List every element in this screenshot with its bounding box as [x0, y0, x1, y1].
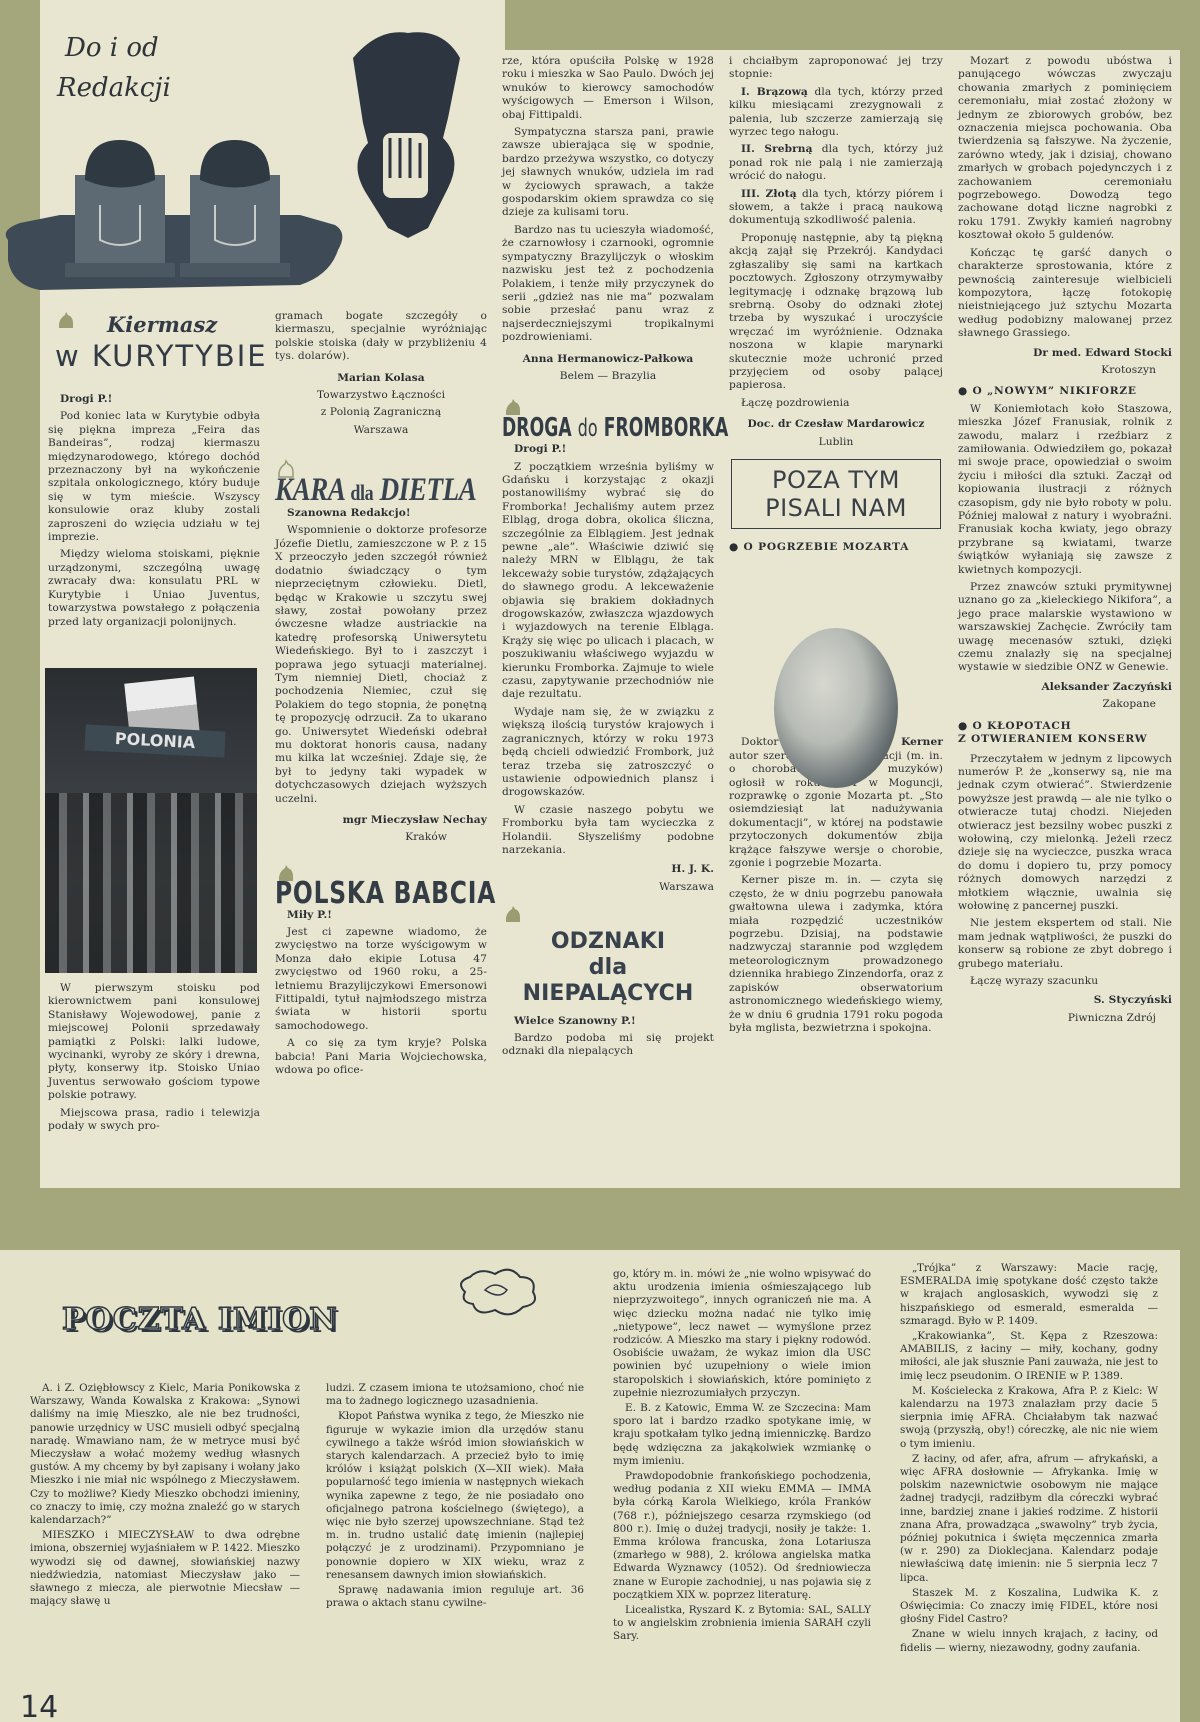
- chess-knight-icon: [55, 310, 77, 330]
- inkwell-illustration: [0, 135, 350, 295]
- odznaki-title-line: dla NIEPALĄCYCH: [502, 955, 714, 1007]
- rose-ornament-icon: [455, 1262, 545, 1322]
- paragraph: Sympatyczna starsza pani, prawie zawsze …: [502, 126, 714, 220]
- hand-ornament-illustration: [348, 28, 463, 243]
- kiermasz-title-script: Kiermasz: [107, 312, 270, 337]
- paragraph: Kerner pisze m. in. — czyta się często, …: [729, 874, 943, 1035]
- paragraph: Proponuję następnie, aby tą piękną akcją…: [729, 232, 943, 393]
- section-title: Do i od Redakcji: [65, 28, 171, 108]
- kara-heading: KARA dla DIETLA: [275, 459, 487, 499]
- kiermasz-article-cont: W pierwszym stoisku pod kierownictwem pa…: [48, 982, 260, 1137]
- paragraph: Bardzo nas tu ucieszyła wiadomość, że cz…: [502, 224, 714, 345]
- paragraph: Mozart z powodu ubóstwa i panującego wów…: [958, 55, 1172, 243]
- paragraph: Kończąc tę garść danych o charakterze sp…: [958, 247, 1172, 341]
- odznaki-title-line: ODZNAKI: [502, 929, 714, 955]
- closing: Łączę pozdrowienia: [729, 397, 943, 410]
- paragraph: „Trójka” z Warszawy: Macie rację, ESMERA…: [900, 1262, 1158, 1328]
- paragraph: Między wieloma stoiskami, pięknie urządz…: [48, 548, 260, 628]
- paragraph: Znane w wielu innych krajach, z łaciny, …: [900, 1628, 1158, 1654]
- polonia-stand-photo: POLONIA: [45, 668, 257, 973]
- crowd: [45, 793, 257, 973]
- paragraph: Licealistka, Ryszard K. z Bytomia: SAL, …: [613, 1604, 871, 1644]
- kiermasz-article: Drogi P.! Pod koniec lata w Kurytybie od…: [48, 385, 260, 633]
- kiermasz-title: w KURYTYBIE: [55, 339, 270, 373]
- paragraph: Przeczytałem w jednym z lipcowych numeró…: [958, 753, 1172, 914]
- paragraph: A co się za tym kryje? Polska babcia! Pa…: [275, 1037, 487, 1077]
- olive-corner: [505, 0, 1180, 50]
- paragraph: A. i Z. Oziębłowscy z Kielc, Maria Ponik…: [30, 1382, 300, 1527]
- paragraph: ludzi. Z czasem imiona te utożsamiono, c…: [326, 1382, 584, 1408]
- signature-name: Dr med. Edward Stocki: [958, 347, 1172, 360]
- odznaki-heading: ODZNAKI dla NIEPALĄCYCH: [502, 904, 714, 1006]
- mozart-portrait: [774, 628, 898, 788]
- babcia-heading: POLSKA BABCIA: [275, 863, 487, 901]
- nikifor-heading: O „NOWYM” NIKIFORZE: [958, 385, 1172, 398]
- kiermasz-heading: Kiermasz w KURYTYBIE: [55, 310, 270, 373]
- poczta-column-3: go, który m. in. mówi że „nie wolno wpis…: [613, 1268, 871, 1646]
- signature-name: S. Styczyński: [958, 994, 1172, 1007]
- paragraph: Prawdopodobnie frankońskiego pochodzenia…: [613, 1470, 871, 1602]
- poczta-column-1: A. i Z. Oziębłowscy z Kielc, Maria Ponik…: [30, 1382, 300, 1610]
- paragraph: Jest ci zapewne wiadomo, że zwycięstwo n…: [275, 926, 487, 1033]
- signature-name: Marian Kolasa: [275, 372, 487, 385]
- signature-city: Lublin: [729, 436, 943, 449]
- paragraph: Sprawę nadawania imion reguluje art. 36 …: [326, 1584, 584, 1610]
- kara-title-word: dla: [350, 480, 373, 505]
- konserwy-heading-line2: Z OTWIERANIEM KONSERW: [958, 733, 1172, 746]
- chess-knight-icon: [502, 904, 524, 924]
- paragraph: go, który m. in. mówi że „nie wolno wpis…: [613, 1268, 871, 1400]
- paragraph: Wydaje nam się, że w związku z większą i…: [502, 706, 714, 800]
- poza-tym-box: POZA TYM PISALI NAM: [731, 459, 941, 529]
- paragraph: M. Kościelecka z Krakowa, Afra P. z Kiel…: [900, 1385, 1158, 1451]
- column-5: Mozart z powodu ubóstwa i panującego wów…: [958, 55, 1172, 1029]
- signature-city: Warszawa: [502, 881, 714, 894]
- kara-title-word: DIETLA: [380, 472, 477, 508]
- droga-title-word: DROGA: [502, 413, 572, 443]
- droga-title-word: FROMBORKA: [604, 413, 729, 443]
- signature-name: H. J. K.: [502, 863, 714, 876]
- badge-level-silver: II. Srebrną dla tych, którzy już ponad r…: [729, 143, 943, 183]
- column-3: rze, która opuściła Polskę w 1928 roku i…: [502, 55, 714, 1063]
- signature-city: Zakopane: [958, 698, 1172, 711]
- badge-label: III. Złotą: [741, 188, 797, 200]
- poczta-imion-title: POCZTA IMION: [62, 1302, 338, 1337]
- konserwy-heading: O KŁOPOTACH: [958, 720, 1172, 733]
- column-2: gramach bogate szczegóły o kiermaszu, sp…: [275, 310, 487, 1082]
- poza-tym-line: POZA TYM: [732, 466, 940, 494]
- paragraph: „Krakowianka”, St. Kępa z Rzeszowa: AMAB…: [900, 1330, 1158, 1383]
- kara-title-word: KARA: [275, 472, 344, 508]
- paragraph: gramach bogate szczegóły o kiermaszu, sp…: [275, 310, 487, 364]
- greeting: Drogi P.!: [60, 393, 260, 406]
- poczta-column-2: ludzi. Z czasem imiona te utożsamiono, c…: [326, 1382, 584, 1612]
- paragraph: W pierwszym stoisku pod kierownictwem pa…: [48, 982, 260, 1103]
- paragraph: i chciałbym zaproponować jej trzy stopni…: [729, 55, 943, 82]
- mozart-heading: O POGRZEBIE MOZARTA: [729, 541, 943, 554]
- greeting: Szanowna Redakcjo!: [287, 507, 487, 520]
- paragraph: Przez znawców sztuki prymitywnej uznano …: [958, 581, 1172, 675]
- paragraph: Z początkiem września byliśmy w Gdańsku …: [502, 461, 714, 702]
- paragraph: W Koniemłotach koło Staszowa, mieszka Jó…: [958, 403, 1172, 577]
- poczta-column-4: „Trójka” z Warszawy: Macie rację, ESMERA…: [900, 1262, 1158, 1657]
- signature-city: Kraków: [275, 831, 487, 844]
- badge-level-bronze: I. Brązową dla tych, którzy przed kilku …: [729, 86, 943, 140]
- paragraph: W czasie naszego pobytu we Fromborku był…: [502, 804, 714, 858]
- paragraph: Pod koniec lata w Kurytybie odbyła się p…: [48, 410, 260, 544]
- signature-city: Belem — Brazylia: [502, 370, 714, 383]
- paragraph: Wspomnienie o doktorze profesorze Józefi…: [275, 524, 487, 806]
- badge-label: II. Srebrną: [741, 143, 813, 155]
- signature-org: z Polonią Zagraniczną: [275, 406, 487, 419]
- closing: Łączę wyrazy szacunku: [958, 975, 1172, 988]
- paragraph: Bardzo podoba mi się projekt odznaki dla…: [502, 1032, 714, 1059]
- title-line-2: Redakcji: [57, 68, 171, 108]
- droga-title-word: do: [578, 414, 598, 442]
- paragraph: MIESZKO i MIECZYSŁAW to dwa odrębne imio…: [30, 1529, 300, 1608]
- title-line-1: Do i od: [65, 28, 171, 68]
- column-4: i chciałbym zaproponować jej trzy stopni…: [729, 55, 943, 1039]
- paragraph: Kłopot Państwa wynika z tego, że Mieszko…: [326, 1410, 584, 1582]
- droga-heading: DROGA do FROMBORKA: [502, 397, 714, 435]
- paragraph: E. B. z Katowic, Emma W. ze Szczecina: M…: [613, 1402, 871, 1468]
- badge-level-gold: III. Złotą dla tych, którzy piórem i sło…: [729, 188, 943, 228]
- babcia-title: POLSKA BABCIA: [275, 887, 440, 900]
- page-number: 14: [20, 1690, 58, 1722]
- signature-city: Krotoszyn: [958, 364, 1172, 377]
- paragraph: Nie jestem ekspertem od stali. Nie mam j…: [958, 917, 1172, 971]
- paragraph: Staszek M. z Koszalina, Ludwika K. z Ośw…: [900, 1587, 1158, 1627]
- signature-name: Anna Hermanowicz-Pałkowa: [502, 353, 714, 366]
- photo-banner-text: POLONIA: [84, 724, 225, 757]
- paragraph: rze, która opuściła Polskę w 1928 roku i…: [502, 55, 714, 122]
- signature-name: Aleksander Zaczyński: [958, 681, 1172, 694]
- greeting: Wielce Szanowny P.!: [514, 1015, 714, 1028]
- signature-city: Piwniczna Zdrój: [958, 1012, 1172, 1025]
- greeting: Drogi P.!: [514, 443, 714, 456]
- paragraph: Z łaciny, od afer, afra, afrum — afrykań…: [900, 1453, 1158, 1585]
- signature-name: mgr Mieczysław Nechay: [275, 814, 487, 827]
- paragraph: Miejscowa prasa, radio i telewizja podał…: [48, 1107, 260, 1134]
- signature-city: Warszawa: [275, 424, 487, 437]
- poza-tym-line: PISALI NAM: [732, 494, 940, 522]
- badge-label: I. Brązową: [741, 86, 808, 98]
- signature-org: Towarzystwo Łączności: [275, 389, 487, 402]
- signature-name: Doc. dr Czesław Mardarowicz: [729, 418, 943, 431]
